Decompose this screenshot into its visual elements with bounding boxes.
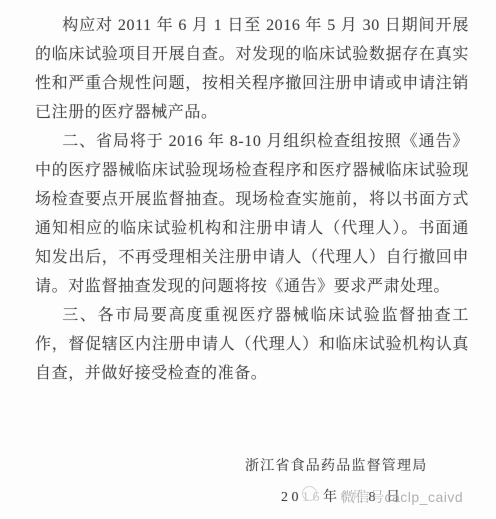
body-paragraph: 三、各市局要高度重视医疗器械临床试验监督抽查工作，督促辖区内注册申请人（代理人）… [35,301,469,388]
issue-date-segment: 20 [281,490,302,505]
issuing-agency: 浙江省食品药品监督管理局 [245,455,427,475]
document-body: 构应对 2011 年 6 月 1 日至 2016 年 5 月 30 日期间开展的… [35,11,469,388]
document-page: 构应对 2011 年 6 月 1 日至 2016 年 5 月 30 日期间开展的… [0,0,496,519]
body-paragraph: 构应对 2011 年 6 月 1 日至 2016 年 5 月 30 日期间开展的… [35,11,469,127]
wechat-watermark: 微信号caclp_caivd [341,487,463,507]
body-paragraph: 二、省局将于 2016 年 8-10 月组织检查组按照《通告》中的医疗器械临床试… [35,127,469,301]
issue-date-segment: 年 [323,490,341,505]
issue-date-segment: 16 [302,490,323,505]
